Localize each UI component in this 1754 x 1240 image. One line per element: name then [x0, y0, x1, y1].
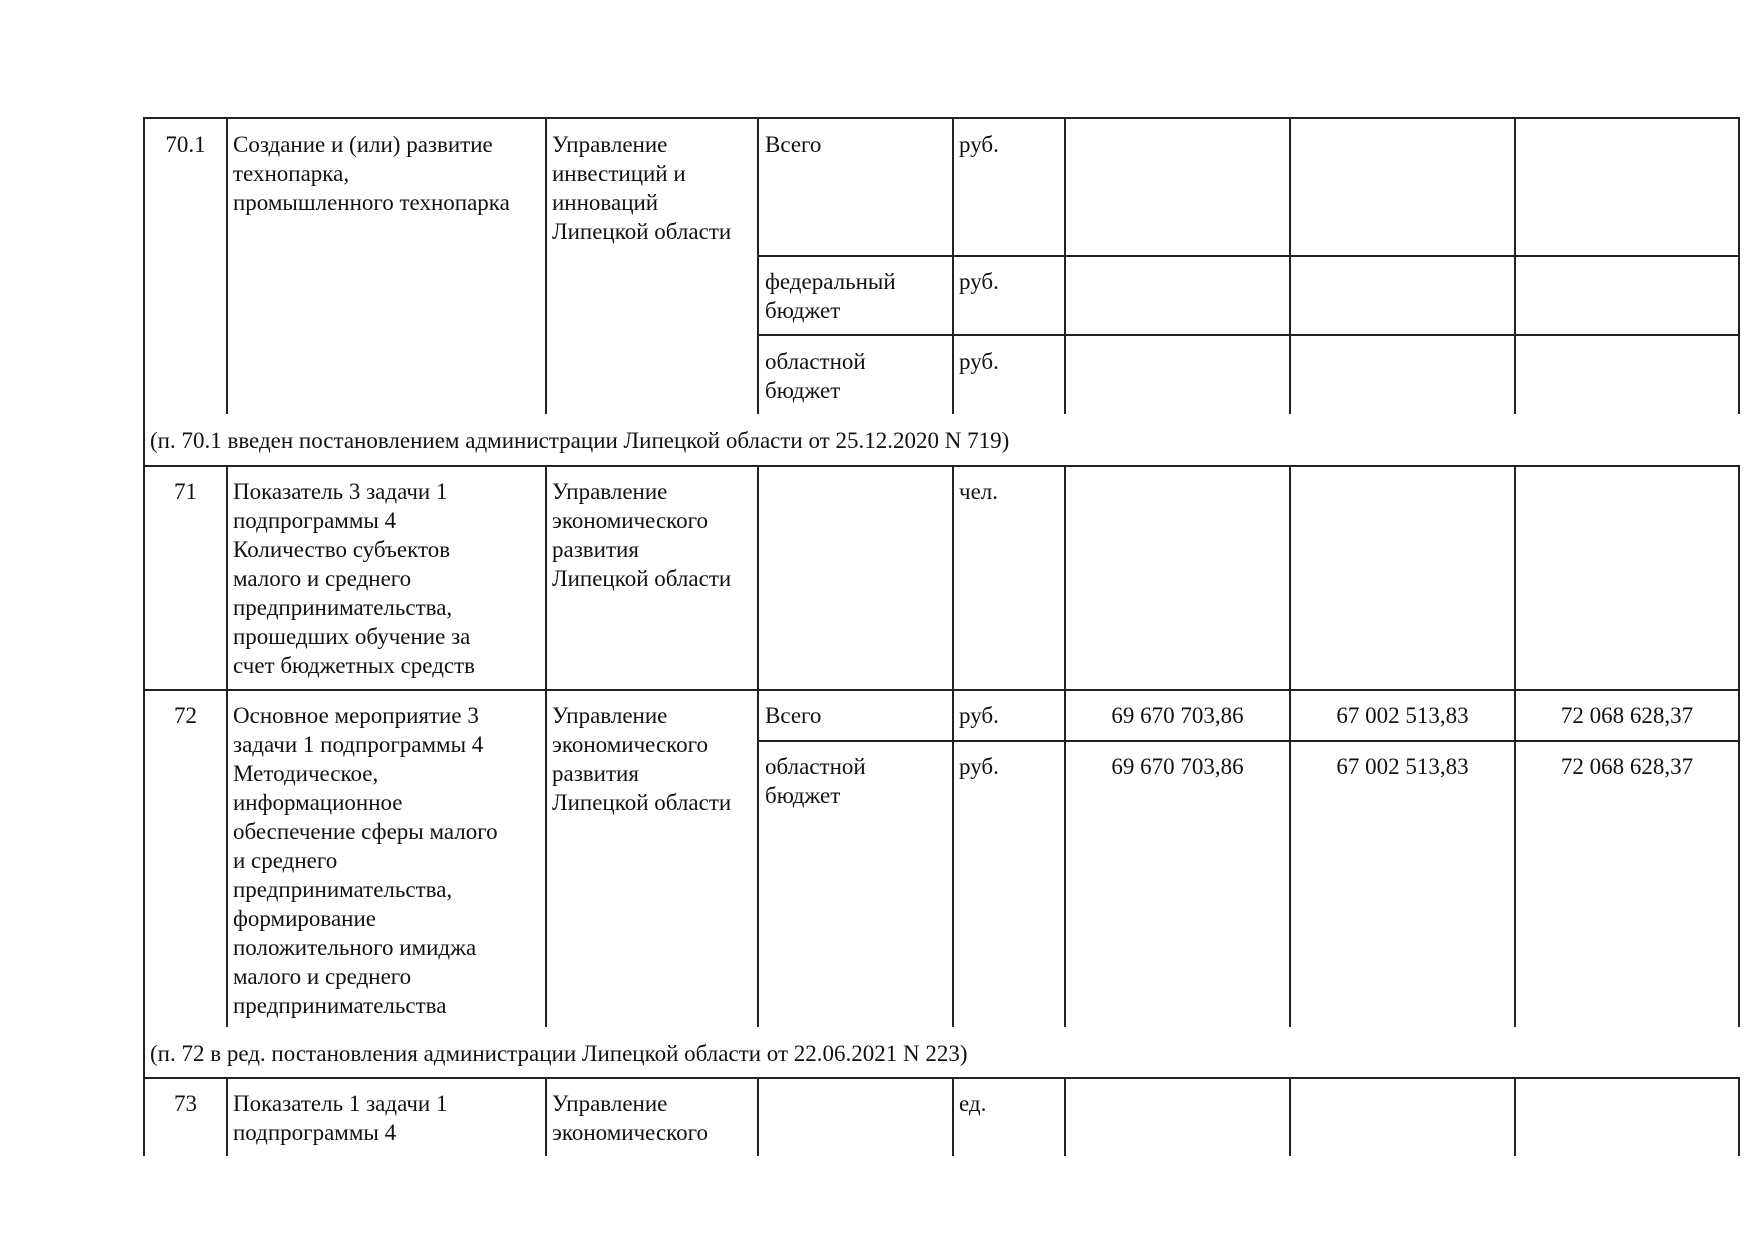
unit: руб. [959, 701, 1059, 730]
row-name: Создание и (или) развитие технопарка, пр… [233, 130, 543, 217]
row-executor: Управление экономического [552, 1089, 755, 1147]
table-border [143, 1077, 1740, 1079]
unit: руб. [959, 347, 1059, 376]
unit: руб. [959, 130, 1059, 159]
table-border [757, 689, 759, 1027]
row-name: Показатель 3 задачи 1 подпрограммы 4 Кол… [233, 477, 543, 680]
table-border [757, 334, 1740, 336]
source-label: Всего [765, 130, 950, 159]
table-border [226, 465, 228, 689]
table-border [1064, 117, 1066, 414]
source-label: федеральный бюджет [765, 267, 950, 325]
table-border [1738, 689, 1740, 1027]
row-number: 72 [145, 701, 226, 730]
source-label: областной бюджет [765, 347, 950, 405]
table-border [757, 117, 759, 414]
table-border [1064, 1077, 1066, 1156]
unit: руб. [959, 752, 1059, 781]
row-executor: Управление инвестиций и инноваций Липецк… [552, 130, 755, 246]
table-border [1064, 465, 1066, 689]
table-border [1289, 689, 1291, 1027]
table-border [1514, 465, 1516, 689]
table-border [143, 117, 145, 1156]
table-border [545, 689, 547, 1027]
table-border [143, 117, 1740, 119]
table-border [1289, 1077, 1291, 1156]
amount-year-1: 69 670 703,86 [1066, 752, 1289, 781]
row-number: 70.1 [145, 130, 226, 159]
document-page: 70.1 Создание и (или) развитие технопарк… [0, 0, 1754, 1240]
amount-year-3: 72 068 628,37 [1516, 752, 1738, 781]
table-border [757, 255, 1740, 257]
amount-year-1: 69 670 703,86 [1066, 701, 1289, 730]
table-border [226, 117, 228, 414]
row-number: 71 [145, 477, 226, 506]
table-border [1738, 117, 1740, 414]
amendment-note: (п. 70.1 введен постановлением администр… [150, 426, 1009, 455]
table-border [1738, 465, 1740, 689]
table-border [757, 1077, 759, 1156]
table-border [1064, 689, 1066, 1027]
table-border [1514, 117, 1516, 414]
table-border [1738, 1077, 1740, 1156]
table-border [143, 465, 1740, 467]
row-name: Основное мероприятие 3 задачи 1 подпрогр… [233, 701, 543, 1020]
table-border [545, 1077, 547, 1156]
table-border [1514, 689, 1516, 1027]
table-border [226, 689, 228, 1027]
amendment-note: (п. 72 в ред. постановления администраци… [150, 1039, 968, 1068]
table-border [1289, 465, 1291, 689]
table-border [545, 465, 547, 689]
amount-year-3: 72 068 628,37 [1516, 701, 1738, 730]
unit: ед. [959, 1089, 1059, 1118]
table-border [952, 465, 954, 689]
source-label: областной бюджет [765, 752, 950, 810]
row-executor: Управление экономического развития Липец… [552, 701, 755, 817]
table-border [1289, 117, 1291, 414]
table-border [952, 689, 954, 1027]
amount-year-2: 67 002 513,83 [1291, 701, 1514, 730]
row-executor: Управление экономического развития Липец… [552, 477, 755, 593]
source-label: Всего [765, 701, 950, 730]
table-border [545, 117, 547, 414]
table-border [757, 465, 759, 689]
table-border [952, 1077, 954, 1156]
unit: руб. [959, 267, 1059, 296]
table-border [757, 740, 1740, 742]
row-name: Показатель 1 задачи 1 подпрограммы 4 [233, 1089, 543, 1147]
unit: чел. [959, 477, 1059, 506]
table-border [1514, 1077, 1516, 1156]
amount-year-2: 67 002 513,83 [1291, 752, 1514, 781]
table-border [143, 689, 1740, 691]
row-number: 73 [145, 1089, 226, 1118]
table-border [226, 1077, 228, 1156]
table-border [952, 117, 954, 414]
